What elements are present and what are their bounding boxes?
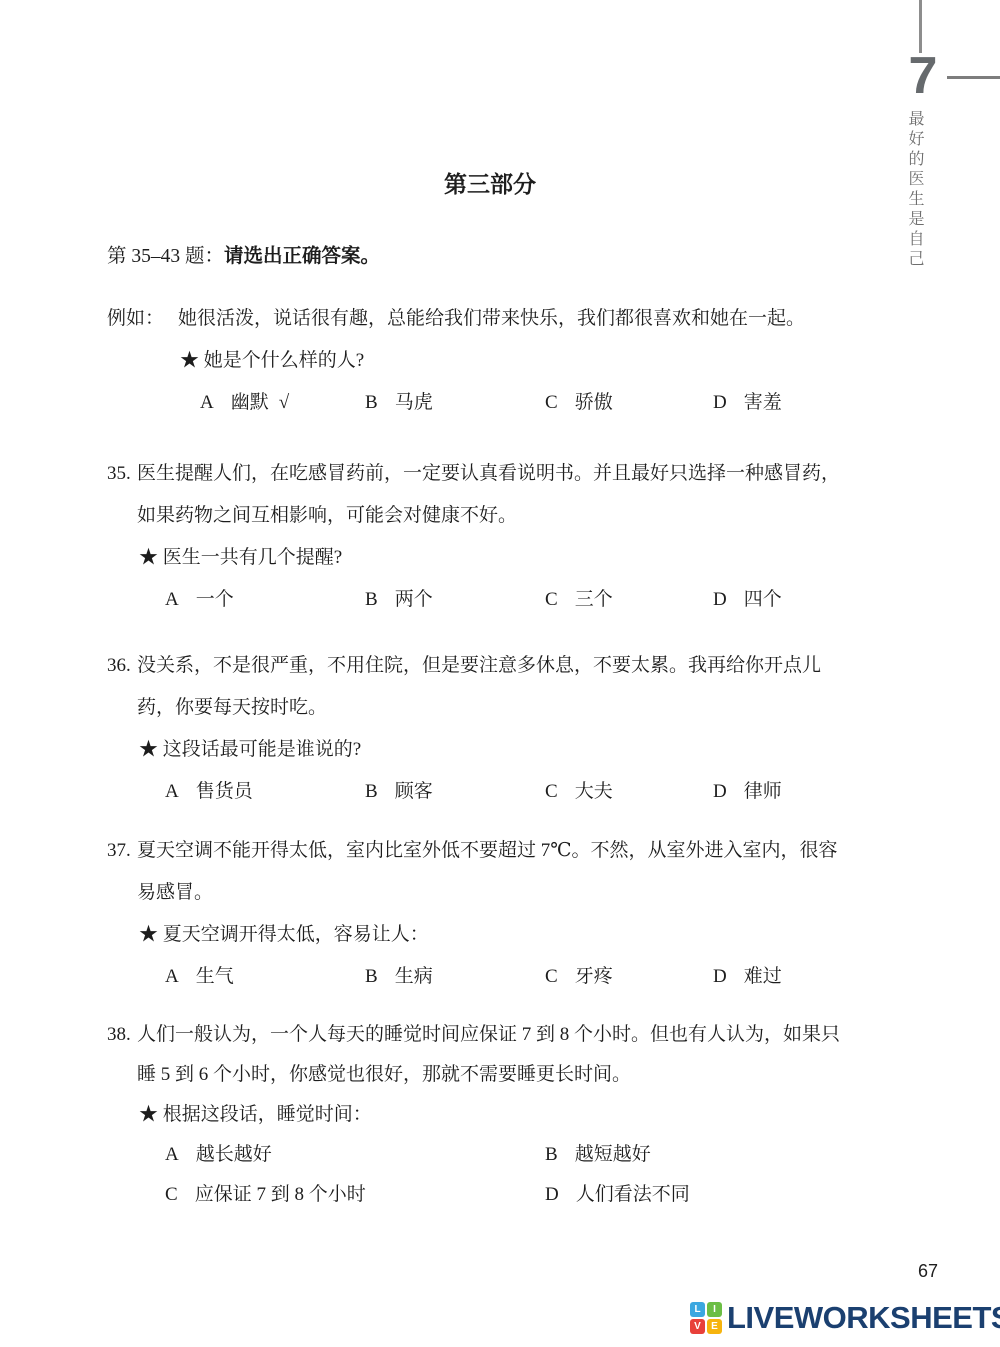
question-35-block: 35.医生提醒人们，在吃感冒药前，一定要认真看说明书。并且最好只选择一种感冒药，… [107,453,907,621]
example-passage: 她很活泼，说话很有趣，总能给我们带来快乐，我们都很喜欢和她在一起。 [178,308,805,329]
option-letter: C [545,781,558,802]
option-letter: B [365,781,378,802]
option-text: 马虎 [395,392,433,413]
question-37-block: 37.夏天空调不能开得太低，室内比室外低不要超过 7℃。不然，从室外进入室内，很… [107,830,907,998]
example-text-line: 例如：她很活泼，说话很有趣，总能给我们带来快乐，我们都很喜欢和她在一起。 [107,298,907,340]
question-38-prompt: ★ 根据这段话，睡觉时间： [107,1095,907,1135]
question-35-option-b[interactable]: B两个 [365,579,433,621]
question-passage: 夏天空调不能开得太低，室内比室外低不要超过 7℃。不然，从室外进入室内，很容 [137,840,838,861]
page-number: 67 [905,1261,951,1282]
question-38-options-row-2: C应保证 7 到 8 个小时 D人们看法不同 [107,1175,907,1215]
question-passage-line2: 睡 5 到 6 个小时，你感觉也很好，那就不需要睡更长时间。 [107,1055,907,1095]
question-37-option-a[interactable]: A生气 [165,956,234,998]
chapter-vertical-rule [919,0,922,53]
option-text: 售货员 [196,781,253,802]
option-text: 一个 [196,589,234,610]
option-text: 三个 [575,589,613,610]
question-36-option-b[interactable]: B顾客 [365,771,433,813]
option-text: 应保证 7 到 8 个小时 [195,1184,366,1205]
question-35-option-c[interactable]: C三个 [545,579,613,621]
question-37-option-c[interactable]: C牙疼 [545,956,613,998]
question-38-options-row-1: A越长越好 B越短越好 [107,1135,907,1175]
question-passage-line2: 药，你要每天按时吃。 [107,687,907,729]
logo-square-i: I [707,1302,722,1317]
option-letter: A [200,392,214,413]
option-letter: C [165,1184,178,1205]
option-letter: B [365,966,378,987]
option-letter: D [713,589,727,610]
question-36-block: 36.没关系，不是很严重，不用住院，但是要注意多休息，不要太累。我再给你开点儿 … [107,645,907,813]
option-text: 幽默 [231,392,269,413]
question-text-line: 35.医生提醒人们，在吃感冒药前，一定要认真看说明书。并且最好只选择一种感冒药， [107,453,907,495]
option-text: 两个 [395,589,433,610]
question-number: 35. [107,453,137,495]
option-text: 律师 [744,781,782,802]
question-passage-line2: 如果药物之间互相影响，可能会对健康不好。 [107,495,907,537]
option-text: 顾客 [395,781,433,802]
option-text: 人们看法不同 [576,1184,690,1205]
option-letter: A [165,966,179,987]
example-question: ★ 她是个什么样的人? [107,340,907,382]
question-number: 38. [107,1015,137,1055]
question-passage: 医生提醒人们，在吃感冒药前，一定要认真看说明书。并且最好只选择一种感冒药， [137,463,840,484]
option-text: 生气 [196,966,234,987]
question-37-option-b[interactable]: B生病 [365,956,433,998]
question-38-option-a[interactable]: A越长越好 [165,1135,272,1175]
instructions-directive: 请选出正确答案。 [224,246,380,267]
option-text: 大夫 [575,781,613,802]
question-36-option-c[interactable]: C大夫 [545,771,613,813]
option-letter: A [165,1144,179,1165]
option-letter: B [365,589,378,610]
example-option-d[interactable]: D害羞 [713,382,782,424]
option-text: 骄傲 [575,392,613,413]
option-letter: D [713,966,727,987]
logo-square-v: V [690,1319,705,1334]
question-35-option-a[interactable]: A一个 [165,579,234,621]
instructions-line: 第 35–43 题：请选出正确答案。 [107,240,380,268]
option-letter: B [365,392,378,413]
option-text: 害羞 [744,392,782,413]
instructions-range: 第 35–43 题： [107,246,224,267]
option-letter: C [545,392,558,413]
question-38-block: 38.人们一般认为，一个人每天的睡觉时间应保证 7 到 8 个小时。但也有人认为… [107,1015,907,1215]
question-passage: 人们一般认为，一个人每天的睡觉时间应保证 7 到 8 个小时。但也有人认为，如果… [137,1024,840,1045]
option-letter: D [713,781,727,802]
question-text-line: 36.没关系，不是很严重，不用住院，但是要注意多休息，不要太累。我再给你开点儿 [107,645,907,687]
question-text-line: 37.夏天空调不能开得太低，室内比室外低不要超过 7℃。不然，从室外进入室内，很… [107,830,907,872]
option-letter: C [545,589,558,610]
question-38-option-d[interactable]: D人们看法不同 [545,1175,690,1215]
option-letter: D [545,1184,559,1205]
liveworksheets-wordmark: LIVEWORKSHEETS [727,1299,1000,1337]
question-38-option-b[interactable]: B越短越好 [545,1135,651,1175]
logo-square-l: L [690,1302,705,1317]
question-passage-line2: 易感冒。 [107,872,907,914]
question-36-prompt: ★ 这段话最可能是谁说的? [107,729,907,771]
question-36-option-d[interactable]: D律师 [713,771,782,813]
option-letter: A [165,781,179,802]
example-option-b[interactable]: B马虎 [365,382,433,424]
option-letter: C [545,966,558,987]
option-letter: B [545,1144,558,1165]
question-37-option-d[interactable]: D难过 [713,956,782,998]
option-letter: D [713,392,727,413]
question-35-option-d[interactable]: D四个 [713,579,782,621]
example-option-c[interactable]: C骄傲 [545,382,613,424]
question-passage: 没关系，不是很严重，不用住院，但是要注意多休息，不要太累。我再给你开点儿 [137,655,821,676]
liveworksheets-logo[interactable]: L I V E LIVEWORKSHEETS [690,1299,1000,1337]
question-38-option-c[interactable]: C应保证 7 到 8 个小时 [165,1175,366,1215]
example-block: 例如：她很活泼，说话很有趣，总能给我们带来快乐，我们都很喜欢和她在一起。 ★ 她… [107,298,907,424]
option-text: 越短越好 [575,1144,651,1165]
example-label: 例如： [107,298,178,340]
question-number: 36. [107,645,137,687]
question-text-line: 38.人们一般认为，一个人每天的睡觉时间应保证 7 到 8 个小时。但也有人认为… [107,1015,907,1055]
question-37-prompt: ★ 夏天空调开得太低，容易让人： [107,914,907,956]
option-text: 牙疼 [575,966,613,987]
question-36-option-a[interactable]: A售货员 [165,771,253,813]
question-37-options-row: A生气 B生病 C牙疼 D难过 [107,956,907,998]
option-text: 难过 [744,966,782,987]
section-title: 第三部分 [0,166,980,199]
option-text: 生病 [395,966,433,987]
chapter-number: 7 [900,50,946,102]
option-text: 越长越好 [196,1144,272,1165]
correct-answer-checkmark: √ [279,392,289,413]
chapter-horizontal-rule [947,76,1000,79]
option-letter: A [165,589,179,610]
question-number: 37. [107,830,137,872]
example-option-a[interactable]: A幽默√ [200,382,289,424]
option-text: 四个 [744,589,782,610]
logo-square-e: E [707,1319,722,1334]
question-35-options-row: A一个 B两个 C三个 D四个 [107,579,907,621]
question-36-options-row: A售货员 B顾客 C大夫 D律师 [107,771,907,813]
question-35-prompt: ★ 医生一共有几个提醒? [107,537,907,579]
example-options-row: A幽默√ B马虎 C骄傲 D害羞 [107,382,907,424]
liveworksheets-logo-icon: L I V E [690,1302,722,1334]
